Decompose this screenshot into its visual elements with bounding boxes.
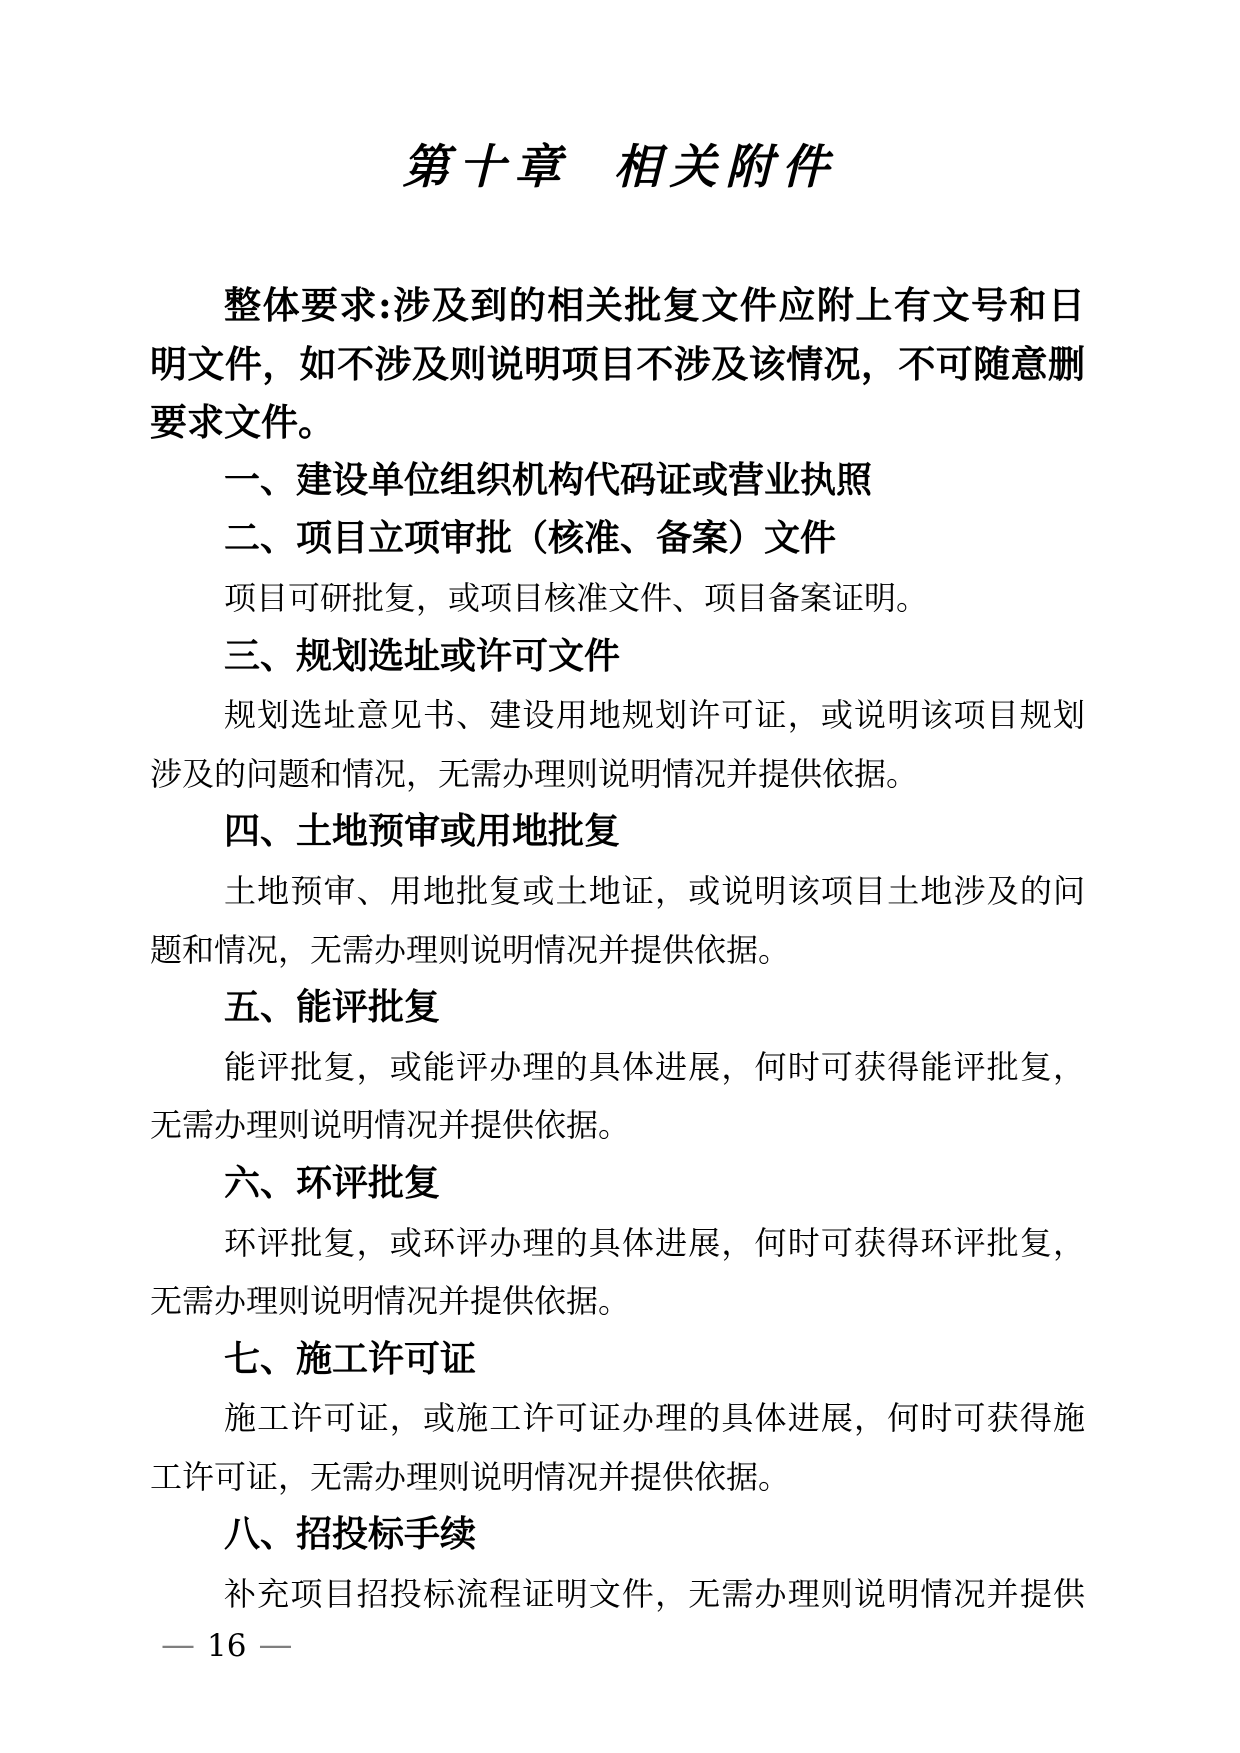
document-page: 第十章 相关附件 整体要求:涉及到的相关批复文件应附上有文号和日期的证 明文件，… [0, 0, 1240, 1753]
paragraph-line: 无需办理则说明情况并提供依据。 [150, 1272, 1085, 1331]
page-number-value: 16 [207, 1628, 246, 1664]
document-body: 整体要求:涉及到的相关批复文件应附上有文号和日期的证 明文件，如不涉及则说明项目… [150, 276, 1085, 1624]
paragraph-line: 项目可研批复，或项目核准文件、项目备案证明。 [150, 569, 1085, 628]
heading-item-6: 六、环评批复 [150, 1155, 1085, 1214]
intro-requirement-line: 要求文件。 [150, 393, 1085, 452]
paragraph-line: 题和情况，无需办理则说明情况并提供依据。 [150, 921, 1085, 980]
footer-dash-right: — [258, 1625, 292, 1665]
paragraph-line: 施工许可证，或施工许可证办理的具体进展，何时可获得施 [150, 1389, 1085, 1448]
heading-item-8: 八、招投标手续 [150, 1506, 1085, 1565]
paragraph-line: 规划选址意见书、建设用地规划许可证，或说明该项目规划 [150, 686, 1085, 745]
paragraph-line: 无需办理则说明情况并提供依据。 [150, 1096, 1085, 1155]
page-number: —16— [161, 1625, 292, 1666]
heading-item-1: 一、建设单位组织机构代码证或营业执照 [150, 452, 1085, 511]
chapter-title: 第十章 相关附件 [0, 136, 1240, 200]
paragraph-line: 涉及的问题和情况，无需办理则说明情况并提供依据。 [150, 745, 1085, 804]
paragraph-line: 环评批复，或环评办理的具体进展，何时可获得环评批复， [150, 1214, 1085, 1273]
heading-item-7: 七、施工许可证 [150, 1331, 1085, 1390]
paragraph-line: 能评批复，或能评办理的具体进展，何时可获得能评批复， [150, 1038, 1085, 1097]
heading-item-5: 五、能评批复 [150, 979, 1085, 1038]
footer-dash-left: — [161, 1625, 195, 1665]
heading-item-3: 三、规划选址或许可文件 [150, 628, 1085, 687]
intro-requirement-line: 整体要求:涉及到的相关批复文件应附上有文号和日期的证 [150, 276, 1085, 335]
paragraph-line: 土地预审、用地批复或土地证，或说明该项目土地涉及的问 [150, 862, 1085, 921]
paragraph-line: 工许可证，无需办理则说明情况并提供依据。 [150, 1448, 1085, 1507]
heading-item-2: 二、项目立项审批（核准、备案）文件 [150, 510, 1085, 569]
heading-item-4: 四、土地预审或用地批复 [150, 803, 1085, 862]
intro-requirement-line: 明文件，如不涉及则说明项目不涉及该情况，不可随意删除附件 [150, 335, 1085, 394]
paragraph-line: 补充项目招投标流程证明文件，无需办理则说明情况并提供 [150, 1565, 1085, 1624]
